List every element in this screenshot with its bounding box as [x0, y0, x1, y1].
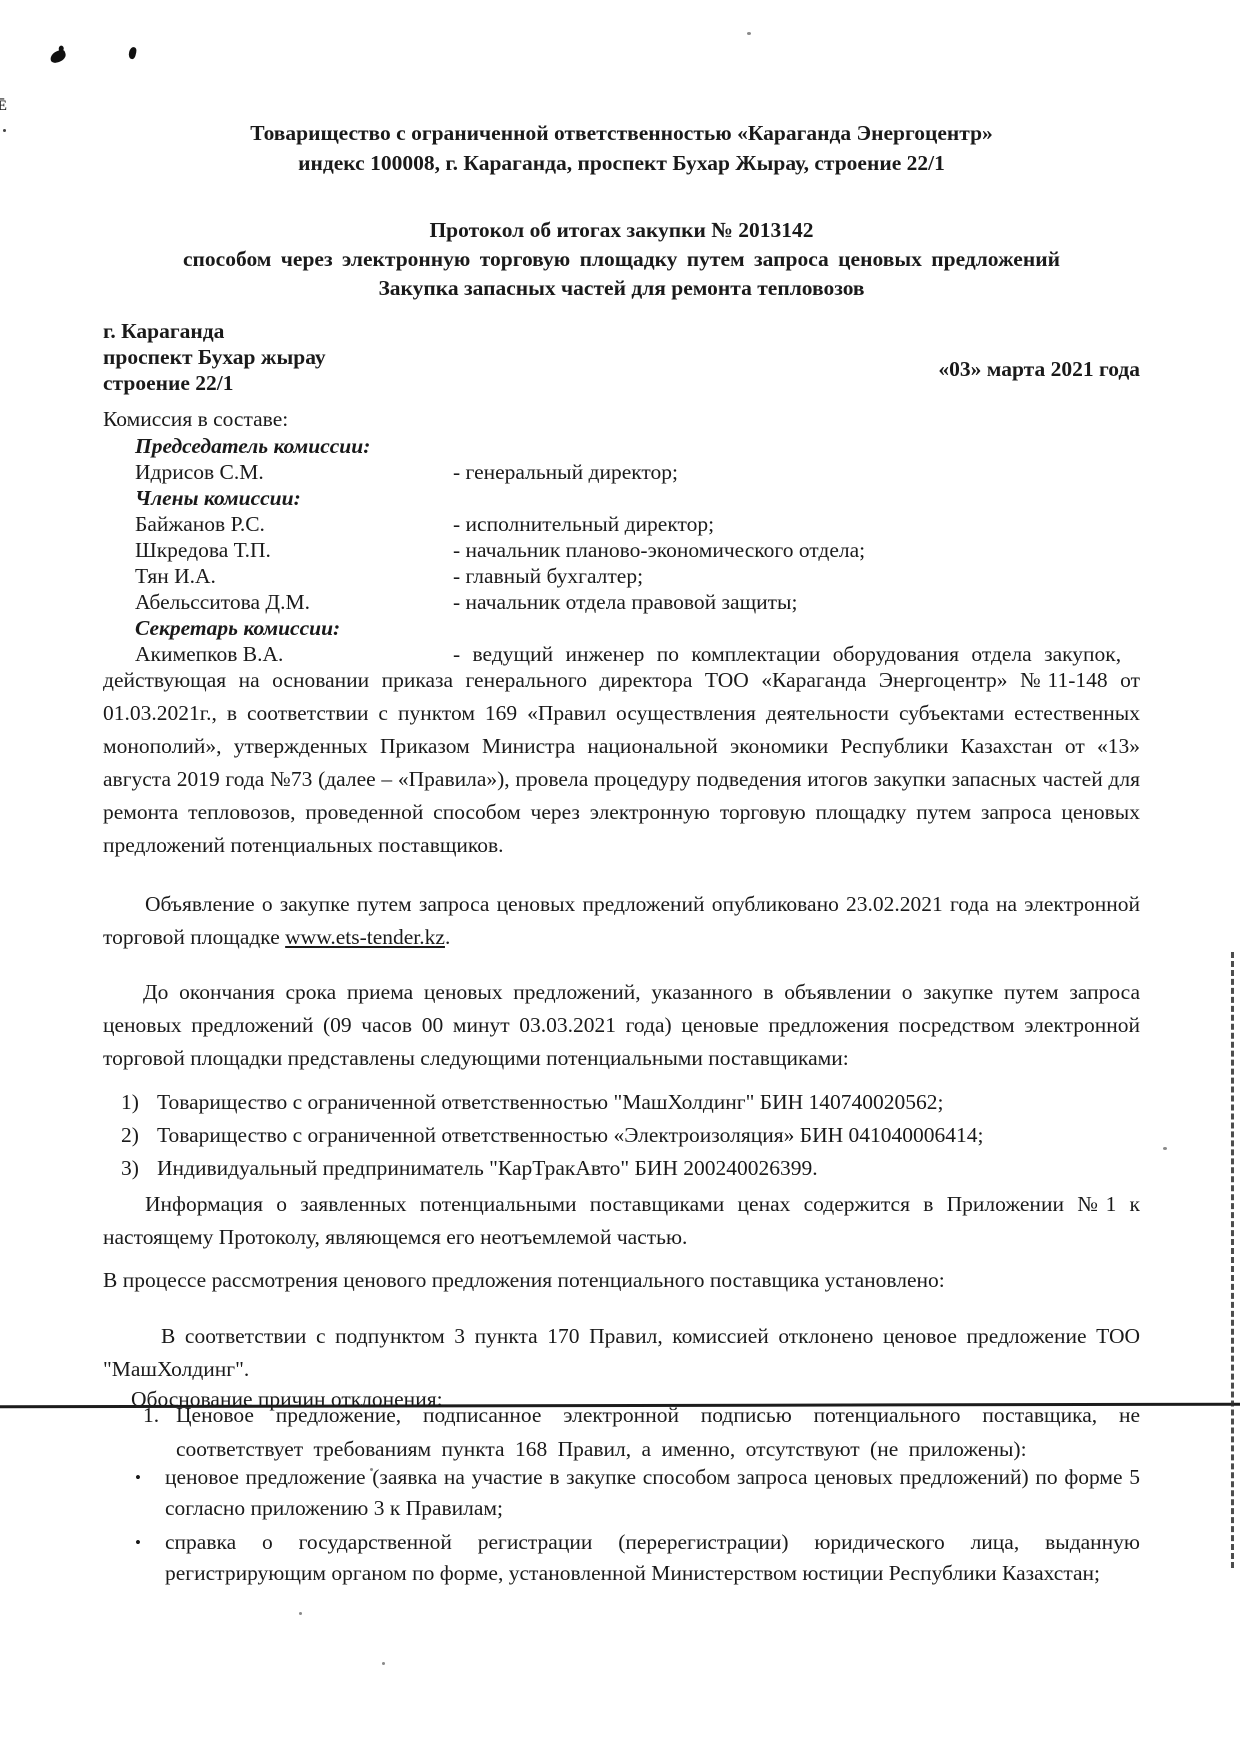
member-name: Байжанов Р.С.	[135, 511, 453, 537]
announcement-paragraph: Объявление о закупке путем запроса ценов…	[103, 888, 1140, 954]
speck-artifact	[299, 1612, 302, 1615]
document-title: Протокол об итогах закупки № 2013142 спо…	[103, 216, 1140, 303]
commission-row: Идрисов С.М. - генеральный директор;	[103, 459, 1140, 485]
title-protocol: Протокол об итогах закупки № 2013142	[103, 216, 1140, 245]
edge-dot-artifact	[3, 129, 6, 132]
speck-artifact	[382, 1662, 385, 1665]
document-date: «03» марта 2021 года	[938, 356, 1140, 382]
supplier-name: Товарищество с ограниченной ответственно…	[157, 1119, 1140, 1152]
member-name: Тян И.А.	[135, 563, 453, 589]
commission-row: Шкредова Т.П. - начальник планово-эконом…	[103, 537, 1140, 563]
speck-artifact	[1163, 1147, 1167, 1150]
place-date-block: г. Караганда проспект Бухар жырау строен…	[103, 318, 1140, 396]
member-role: - начальник отдела правовой защиты;	[453, 589, 1140, 615]
commission-list: Председатель комиссии: Идрисов С.М. - ге…	[103, 433, 1140, 667]
ink-blot-artifact	[128, 46, 138, 59]
supplier-item: 1) Товарищество с ограниченной ответстве…	[103, 1086, 1140, 1119]
org-header: Товарищество с ограниченной ответственно…	[103, 118, 1140, 178]
bullet-text: справка о государственной регистрации (п…	[165, 1527, 1140, 1589]
ink-blot-artifact	[49, 49, 68, 64]
commission-row: Абельсситова Д.М. - начальник отдела пра…	[103, 589, 1140, 615]
bullet-item: • ценовое предложение (заявка на участие…	[103, 1462, 1140, 1524]
rejection-reason-item: 1. Ценовое предложение, подписанное элек…	[103, 1398, 1140, 1466]
member-role: - начальник планово-экономического отдел…	[453, 537, 1140, 563]
missing-documents-list: • ценовое предложение (заявка на участие…	[103, 1462, 1140, 1592]
deadline-paragraph: До окончания срока приема ценовых предло…	[103, 976, 1140, 1075]
announcement-period: .	[445, 925, 450, 949]
bullet-icon: •	[135, 1462, 165, 1524]
city: г. Караганда	[103, 318, 1140, 344]
commission-members-heading: Члены комиссии:	[135, 485, 1140, 511]
commission-intro: Комиссия в составе:	[103, 406, 1140, 432]
item-number: 1.	[143, 1398, 176, 1466]
document-page: Ē Товарищество с ограниченной ответствен…	[0, 0, 1240, 1754]
supplier-number: 1)	[121, 1086, 157, 1119]
commission-chair-heading: Председатель комиссии:	[135, 433, 1140, 459]
speck-artifact	[747, 32, 751, 35]
commission-row: Байжанов Р.С. - исполнительный директор;	[103, 511, 1140, 537]
supplier-item: 2) Товарищество с ограниченной ответстве…	[103, 1119, 1140, 1152]
title-subject: Закупка запасных частей для ремонта тепл…	[103, 274, 1140, 303]
bullet-text: ценовое предложение (заявка на участие в…	[165, 1462, 1140, 1524]
info-paragraph: Информация о заявленных потенциальными п…	[103, 1188, 1140, 1254]
tender-site-url: www.ets-tender.kz	[285, 925, 445, 949]
supplier-name: Товарищество с ограниченной ответственно…	[157, 1086, 1140, 1119]
item-text: Ценовое предложение, подписанное электро…	[176, 1398, 1140, 1466]
process-paragraph: В процессе рассмотрения ценового предлож…	[103, 1264, 1140, 1297]
suppliers-list: 1) Товарищество с ограниченной ответстве…	[103, 1086, 1140, 1185]
commission-row: Тян И.А. - главный бухгалтер;	[103, 563, 1140, 589]
commission-secretary-heading: Секретарь комиссии:	[135, 615, 1140, 641]
dashed-vertical-line-artifact	[1231, 952, 1234, 1568]
supplier-number: 2)	[121, 1119, 157, 1152]
supplier-number: 3)	[121, 1152, 157, 1185]
bullet-item: • справка о государственной регистрации …	[103, 1527, 1140, 1589]
supplier-item: 3) Индивидуальный предприниматель "КарТр…	[103, 1152, 1140, 1185]
supplier-name: Индивидуальный предприниматель "КарТракА…	[157, 1152, 1140, 1185]
member-name: Шкредова Т.П.	[135, 537, 453, 563]
title-method: способом через электронную торговую площ…	[103, 245, 1140, 274]
member-name: Абельсситова Д.М.	[135, 589, 453, 615]
org-name: Товарищество с ограниченной ответственно…	[103, 118, 1140, 148]
org-address: индекс 100008, г. Караганда, проспект Бу…	[103, 148, 1140, 178]
member-name: Идрисов С.М.	[135, 459, 453, 485]
bullet-icon: •	[135, 1527, 165, 1589]
appointment-paragraph: действующая на основании приказа генерал…	[103, 664, 1140, 862]
member-role: - главный бухгалтер;	[453, 563, 1140, 589]
member-role: - исполнительный директор;	[453, 511, 1140, 537]
member-role: - генеральный директор;	[453, 459, 1140, 485]
rejection-paragraph: В соответствии с подпунктом 3 пункта 170…	[103, 1320, 1140, 1386]
edge-letter-artifact: Ē	[0, 98, 7, 115]
announcement-text: Объявление о закупке путем запроса ценов…	[103, 892, 1140, 949]
